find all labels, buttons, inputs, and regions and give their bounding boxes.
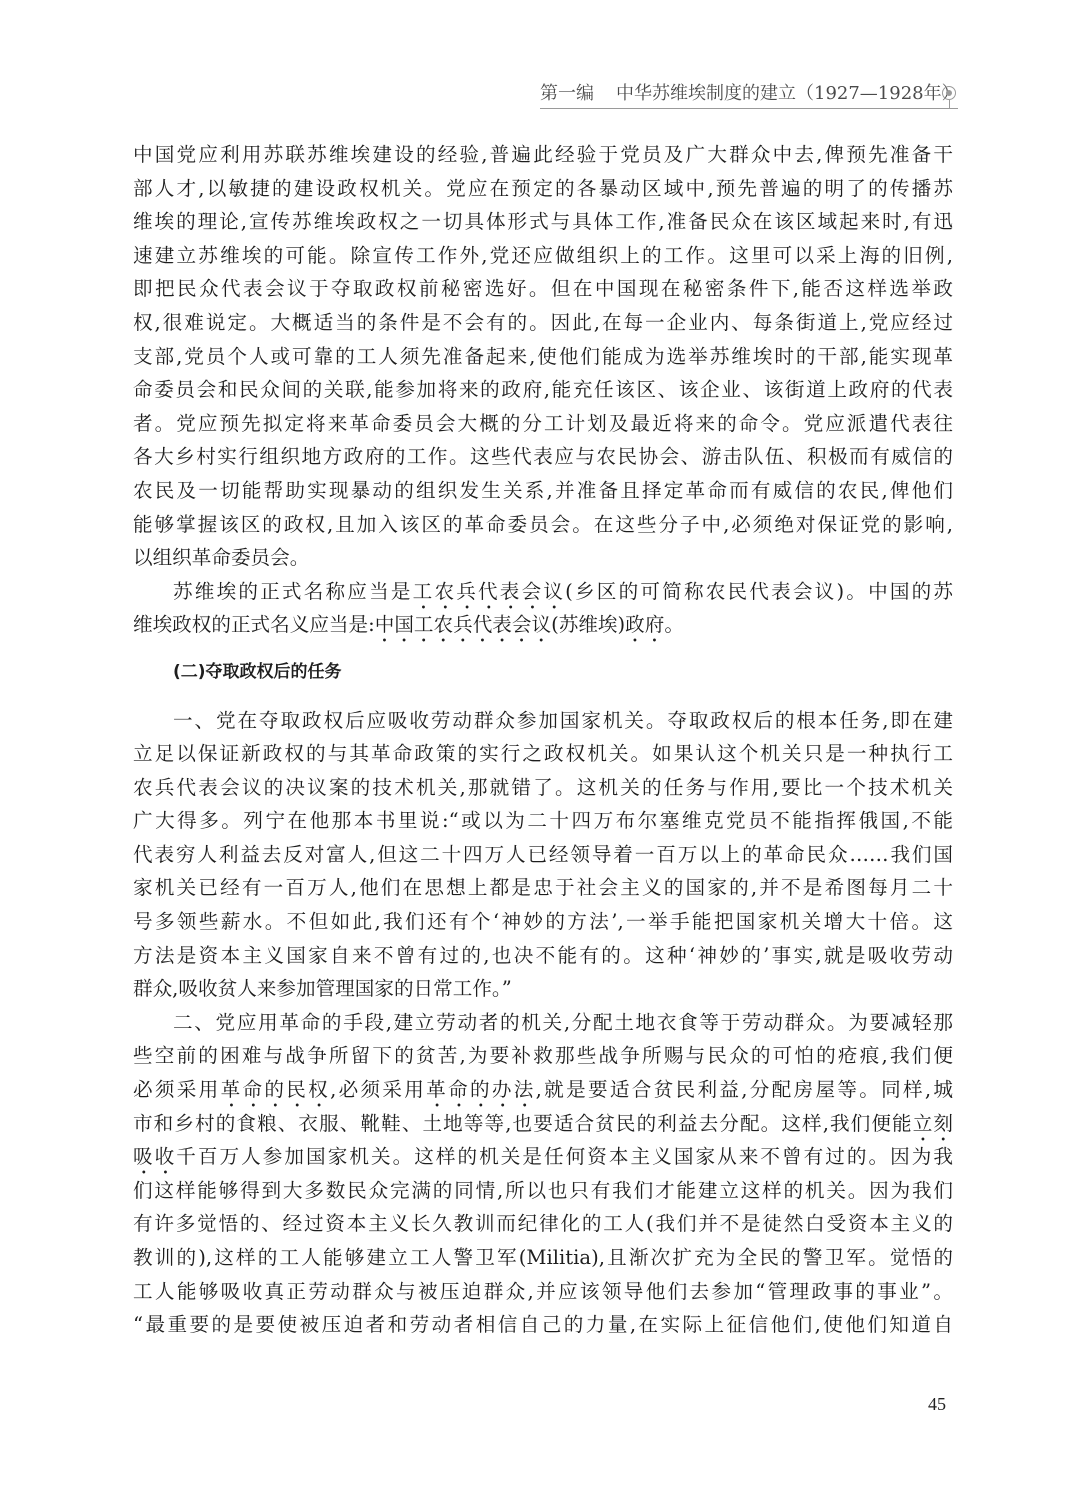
text-line: 能够掌握该区的政权,且加入该区的革命委员会。在这些分子中,必须绝对保证党的影响, <box>133 508 953 542</box>
text-line: 命委员会和民众间的关联,能参加将来的政府,能充任该区、该企业、该街道上政府的代表 <box>133 373 953 407</box>
header-title: 中华苏维埃制度的建立（1927—1928年） <box>616 83 960 104</box>
text-line: “最重要的是要使被压迫者和劳动者相信自己的力量,在实际上征信他们,使他们知道自 <box>133 1308 953 1342</box>
text-span: 市和乡村的食粮、衣服、靴鞋、土地等等,也要适合贫民的利益去分配。这样,我们便能 <box>133 1112 913 1135</box>
text-span: 千百万人参加国家机关。这样的机关是任何资本主义国家从来不曾有过的。因为我 <box>176 1145 953 1168</box>
text-line: 部人才,以敏捷的建设政权机关。党应在预定的各暴动区域中,预先普遍的明了的传播苏 <box>133 172 953 206</box>
text-line: 各大乡村实行组织地方政府的工作。这些代表应与农民协会、游击队伍、积极而有威信的 <box>133 440 953 474</box>
text-span: ,必须采用 <box>330 1078 426 1101</box>
text-line: 中国党应利用苏联苏维埃建设的经验,普遍此经验于党员及广大群众中去,俾预先准备干 <box>133 138 953 172</box>
running-header: 第一编中华苏维埃制度的建立（1927—1928年） <box>540 80 958 109</box>
header-part: 第一编 <box>540 83 594 104</box>
text-line: 有许多觉悟的、经过资本主义长久教训而纪律化的工人(我们并不是徒然白受资本主义的 <box>133 1207 953 1241</box>
paragraph: 一、党在夺取政权后应吸收劳动群众参加国家机关。夺取政权后的根本任务,即在建 立足… <box>133 704 953 1006</box>
text-span: 必须采用 <box>133 1078 221 1101</box>
text-line: 群众,吸收贫人来参加管理国家的日常工作。” <box>133 972 953 1006</box>
text-line: 支部,党员个人或可靠的工人须先准备起来,使他们能成为选举苏维埃时的干部,能实现革 <box>133 340 953 374</box>
text-line: 些空前的困难与战争所留下的贫苦,为要补救那些战争所赐与民众的可怕的疮痕,我们便 <box>133 1039 953 1073</box>
page-number: 45 <box>928 1394 946 1415</box>
text-line: 权,很难说定。大概适当的条件是不会有的。因此,在每一企业内、每条街道上,党应经过 <box>133 306 953 340</box>
paragraph: 二、党应用革命的手段,建立劳动者的机关,分配土地衣食等于劳动群众。为要减轻那 些… <box>133 1006 953 1342</box>
text-line: 们这样能够得到大多数民众完满的同情,所以也只有我们才能建立这样的机关。因为我们 <box>133 1174 953 1208</box>
text-span: 维埃政权的正式名义应当是: <box>133 613 375 636</box>
text-line: 代表穷人利益去反对富人,但这二十四万人已经领导着一百万以上的革命民众……我们国 <box>133 838 953 872</box>
emphasized-text: 革命的办法 <box>426 1078 535 1101</box>
text-line: 号多领些薪水。不但如此,我们还有个‘神妙的方法’,一举手能把国家机关增大十倍。这 <box>133 905 953 939</box>
text-line: 速建立苏维埃的可能。除宣传工作外,党还应做组织上的工作。这里可以采上海的旧例, <box>133 239 953 273</box>
emphasized-text: 中国工农兵代表会议 <box>375 613 551 636</box>
text-line: 以组织革命委员会。 <box>133 541 953 575</box>
text-span: (苏维埃) <box>551 613 625 636</box>
text-line: 市和乡村的食粮、衣服、靴鞋、土地等等,也要适合贫民的利益去分配。这样,我们便能立… <box>133 1107 953 1141</box>
text-span: 苏维埃的正式名称应当是 <box>173 580 413 603</box>
emphasized-text: 政府 <box>625 613 664 636</box>
text-line: 农兵代表会议的决议案的技术机关,那就错了。这机关的任务与作用,要比一个技术机关 <box>133 771 953 805</box>
emphasized-text: 工农兵代表会议 <box>413 580 566 603</box>
text-line: 工人能够吸收真正劳动群众与被压迫群众,并应该领导他们去参加“管理政事的事业”。 <box>133 1275 953 1309</box>
text-line: 立足以保证新政权的与其革命政策的实行之政权机关。如果认这个机关只是一种执行工 <box>133 737 953 771</box>
circle-dot-icon <box>942 86 956 100</box>
emphasized-text: 吸收 <box>133 1145 176 1168</box>
text-line: 家机关已经有一百万人,他们在思想上都是忠于社会主义的国家的,并不是希图每月二十 <box>133 871 953 905</box>
text-line: 吸收千百万人参加国家机关。这样的机关是任何资本主义国家从来不曾有过的。因为我 <box>133 1140 953 1174</box>
text-line: 教训的),这样的工人能够建立工人警卫军(Militia),且渐次扩充为全民的警卫… <box>133 1241 953 1275</box>
text-span: ,就是要适合贫民利益,分配房屋等。同样,城 <box>536 1078 953 1101</box>
text-line: 者。党应预先拟定将来革命委员会大概的分工计划及最近将来的命令。党应派遣代表往 <box>133 407 953 441</box>
text-line: 方法是资本主义国家自来不曾有过的,也决不能有的。这种‘神妙的’事实,就是吸收劳动 <box>133 939 953 973</box>
header-divider-tick <box>949 100 950 109</box>
emphasized-text: 革命的民权 <box>221 1078 330 1101</box>
text-line: 一、党在夺取政权后应吸收劳动群众参加国家机关。夺取政权后的根本任务,即在建 <box>133 704 953 738</box>
text-line: 维埃政权的正式名义应当是:中国工农兵代表会议(苏维埃)政府。 <box>133 608 953 642</box>
section-heading: (二)夺取政权后的任务 <box>133 656 953 690</box>
text-line: 农民及一切能帮助实现暴动的组织发生关系,并准备且择定革命而有威信的农民,俾他们 <box>133 474 953 508</box>
text-line: 二、党应用革命的手段,建立劳动者的机关,分配土地衣食等于劳动群众。为要减轻那 <box>133 1006 953 1040</box>
paragraph: 中国党应利用苏联苏维埃建设的经验,普遍此经验于党员及广大群众中去,俾预先准备干 … <box>133 138 953 575</box>
text-line: 必须采用革命的民权,必须采用革命的办法,就是要适合贫民利益,分配房屋等。同样,城 <box>133 1073 953 1107</box>
text-line: 广大得多。列宁在他那本书里说:“或以为二十四万布尔塞维克党员不能指挥俄国,不能 <box>133 804 953 838</box>
text-line: 苏维埃的正式名称应当是工农兵代表会议(乡区的可简称农民代表会议)。中国的苏 <box>133 575 953 609</box>
page-body: 中国党应利用苏联苏维埃建设的经验,普遍此经验于党员及广大群众中去,俾预先准备干 … <box>133 138 953 1342</box>
text-span: (乡区的可简称农民代表会议)。中国的苏 <box>565 580 953 603</box>
emphasized-text: 立刻 <box>913 1112 953 1135</box>
text-line: 维埃的理论,宣传苏维埃政权之一切具体形式与具体工作,准备民众在该区域起来时,有迅 <box>133 205 953 239</box>
text-line: 即把民众代表会议于夺取政权前秘密选好。但在中国现在秘密条件下,能否这样选举政 <box>133 272 953 306</box>
paragraph: 苏维埃的正式名称应当是工农兵代表会议(乡区的可简称农民代表会议)。中国的苏 维埃… <box>133 575 953 642</box>
text-span: 。 <box>664 613 684 636</box>
